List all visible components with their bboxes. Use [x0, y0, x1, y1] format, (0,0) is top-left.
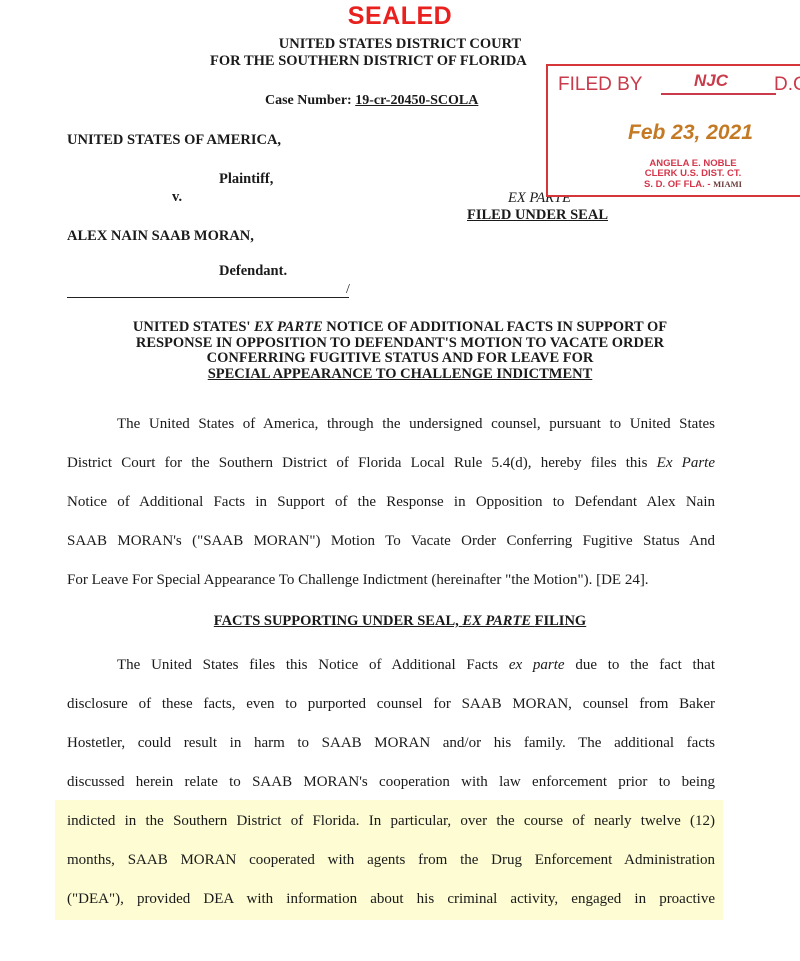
filed-under-seal-label: FILED UNDER SEAL: [467, 207, 608, 224]
caption-slash: /: [346, 282, 350, 298]
filing-date: Feb 23, 2021: [628, 121, 753, 145]
paragraph-introduction: The United States of America, through th…: [67, 414, 715, 609]
versus-label: v.: [172, 189, 182, 206]
defendant-name: ALEX NAIN SAAB MORAN,: [67, 228, 254, 245]
plaintiff-name: UNITED STATES OF AMERICA,: [67, 132, 281, 149]
caption-divider: [67, 297, 349, 298]
filed-by-line: [661, 93, 776, 95]
plaintiff-label: Plaintiff,: [219, 171, 273, 188]
dc-label: D.C.: [774, 74, 800, 96]
clerk-district: S. D. OF FLA. - MIAMI: [618, 179, 768, 190]
filed-by-initials: NJC: [694, 71, 728, 91]
clerk-block: ANGELA E. NOBLE CLERK U.S. DIST. CT. S. …: [618, 159, 768, 190]
case-number: Case Number: 19-cr-20450-SCOLA: [265, 93, 478, 109]
highlighted-line: indicted in the Southern District of Flo…: [67, 811, 715, 850]
court-district: FOR THE SOUTHERN DISTRICT OF FLORIDA: [210, 53, 527, 70]
highlighted-line: ("DEA"), provided DEA with information a…: [67, 889, 715, 928]
sealed-stamp: SEALED: [0, 2, 800, 31]
paragraph-facts: The United States files this Notice of A…: [67, 655, 715, 928]
clerk-filing-stamp: FILED BY NJC D.C. Feb 23, 2021 ANGELA E.…: [546, 64, 800, 197]
case-number-label: Case Number:: [265, 93, 352, 108]
section-heading: FACTS SUPPORTING UNDER SEAL, EX PARTE FI…: [0, 613, 800, 630]
clerk-title: CLERK U.S. DIST. CT.: [618, 169, 768, 179]
clerk-city: MIAMI: [713, 179, 742, 189]
court-name: UNITED STATES DISTRICT COURT: [0, 36, 800, 53]
document-title: UNITED STATES' EX PARTE NOTICE OF ADDITI…: [0, 320, 800, 382]
filed-by-label: FILED BY: [558, 74, 642, 96]
highlighted-line: months, SAAB MORAN cooperated with agent…: [67, 850, 715, 889]
defendant-label: Defendant.: [219, 263, 287, 280]
case-number-value: 19-cr-20450-SCOLA: [355, 93, 478, 108]
